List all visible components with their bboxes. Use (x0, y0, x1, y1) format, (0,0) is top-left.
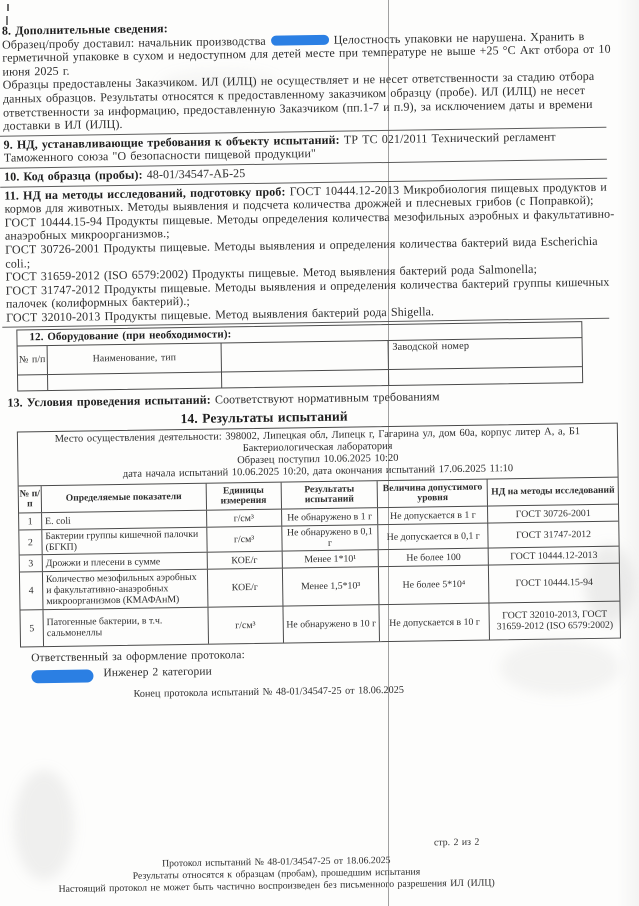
cell-limit: Не допускается в 0,1 г (379, 524, 489, 550)
cell-num: 4 (20, 573, 44, 610)
equipment-cell-empty (389, 368, 583, 386)
redaction-mark (271, 34, 329, 45)
header-units: Единицы измерения (206, 483, 281, 510)
cell-method: ГОСТ 10444.15-94 (489, 564, 619, 603)
cell-indicator: Количество мезофильных аэробных и факуль… (43, 570, 208, 609)
cell-method: ГОСТ 10444.12-2013 (489, 547, 619, 565)
protocol-end-line: Конец протокола испытаний № 48-01/34547-… (4, 682, 534, 703)
cell-limit: Не более 100 (379, 549, 489, 567)
cell-indicator: Дрожжи и плесени в сумме (43, 553, 208, 571)
cell-limit: Не допускается в 1 г (378, 507, 488, 525)
equipment-cell-empty (222, 370, 389, 387)
redaction-mark-signature (31, 669, 93, 683)
cell-units: г/см³ (207, 510, 282, 527)
cell-result: Не обнаружено в 10 г (283, 606, 380, 643)
cell-result: Не обнаружено в 0,1 г (282, 526, 379, 551)
cell-result: Не обнаружено в 1 г (282, 509, 379, 526)
cell-limit: Не допускается в 10 г (380, 604, 490, 642)
header-method: НД на методы исследований (488, 478, 618, 506)
cell-method: ГОСТ 30726-2001 (488, 505, 618, 523)
cell-method: ГОСТ 31747-2012 (488, 522, 618, 548)
header-limit: Величина допустимого уровня (378, 480, 488, 508)
cell-limit: Не более 5*10⁴ (379, 566, 489, 605)
header-result: Результаты испытаний (281, 482, 378, 509)
cell-result: Менее 1*10¹ (282, 551, 379, 568)
cell-units: г/см³ (207, 527, 282, 552)
equipment-header-serial: Заводской номер (388, 339, 582, 370)
results-info-lines: Место осуществления деятельности: 398002… (18, 423, 618, 486)
cell-num: 3 (20, 556, 43, 572)
cell-indicator: Патогенные бактерии, в т.ч. сальмонеллы (43, 608, 208, 646)
cell-method: ГОСТ 32010-2013, ГОСТ 31659-2012 (ISO 65… (490, 602, 620, 640)
page-number: стр. 2 из 2 (434, 836, 480, 850)
equipment-cell-empty (48, 373, 223, 391)
engineer-position: Инженер 2 категории (103, 666, 212, 681)
section-8: 8. Дополнительные сведения: Образец/проб… (2, 16, 617, 134)
results-table: Место осуществления деятельности: 398002… (17, 422, 621, 648)
responsible-label: Ответственный за оформление протокола: (31, 649, 245, 666)
equipment-header-num: № п/п (18, 347, 48, 375)
scanned-protocol-page: 8. Дополнительные сведения: Образец/проб… (0, 0, 639, 906)
cell-num: 5 (21, 611, 45, 647)
document-content: 8. Дополнительные сведения: Образец/проб… (0, 0, 639, 906)
equipment-table: 12. Оборудование (при необходимости): № … (16, 322, 583, 392)
header-indicator: Определяемые показатели (42, 484, 207, 512)
cell-indicator: Бактерии группы кишечной палочки (БГКП) (42, 528, 207, 554)
section-11: 11. НД на методы исследований, подготовк… (4, 180, 619, 325)
equipment-header-spacer (222, 341, 389, 371)
table-row: 5 Патогенные бактерии, в т.ч. сальмонелл… (21, 602, 620, 647)
cell-num: 1 (19, 514, 42, 530)
sample-code: 48-01/34547-АБ-25 (147, 166, 246, 181)
section-13: 13. Условия проведения испытаний: Соотве… (7, 388, 620, 411)
cell-indicator: E. coli (42, 511, 207, 529)
cell-units: г/см³ (208, 607, 283, 644)
cell-units: КОЕ/г (208, 569, 283, 607)
section-10-title: 10. Код образца (пробы): (4, 168, 143, 184)
results-grid: № п/п Определяемые показатели Единицы из… (19, 477, 620, 647)
header-num: № п/п (19, 487, 42, 513)
cell-result: Менее 1,5*10³ (282, 568, 379, 606)
cell-num: 2 (19, 531, 42, 555)
equipment-header-name: Наименование, тип (47, 344, 222, 375)
cell-units: КОЕ/г (207, 552, 282, 569)
equipment-cell-empty (18, 375, 48, 390)
section-13-title: 13. Условия проведения испытаний: (7, 393, 211, 410)
section-8-paragraph-2: Образцы предоставлены Заказчиком. ИЛ (ИЛ… (3, 70, 617, 133)
section-13-text: Соответствуют нормативным требованиям (215, 390, 440, 407)
